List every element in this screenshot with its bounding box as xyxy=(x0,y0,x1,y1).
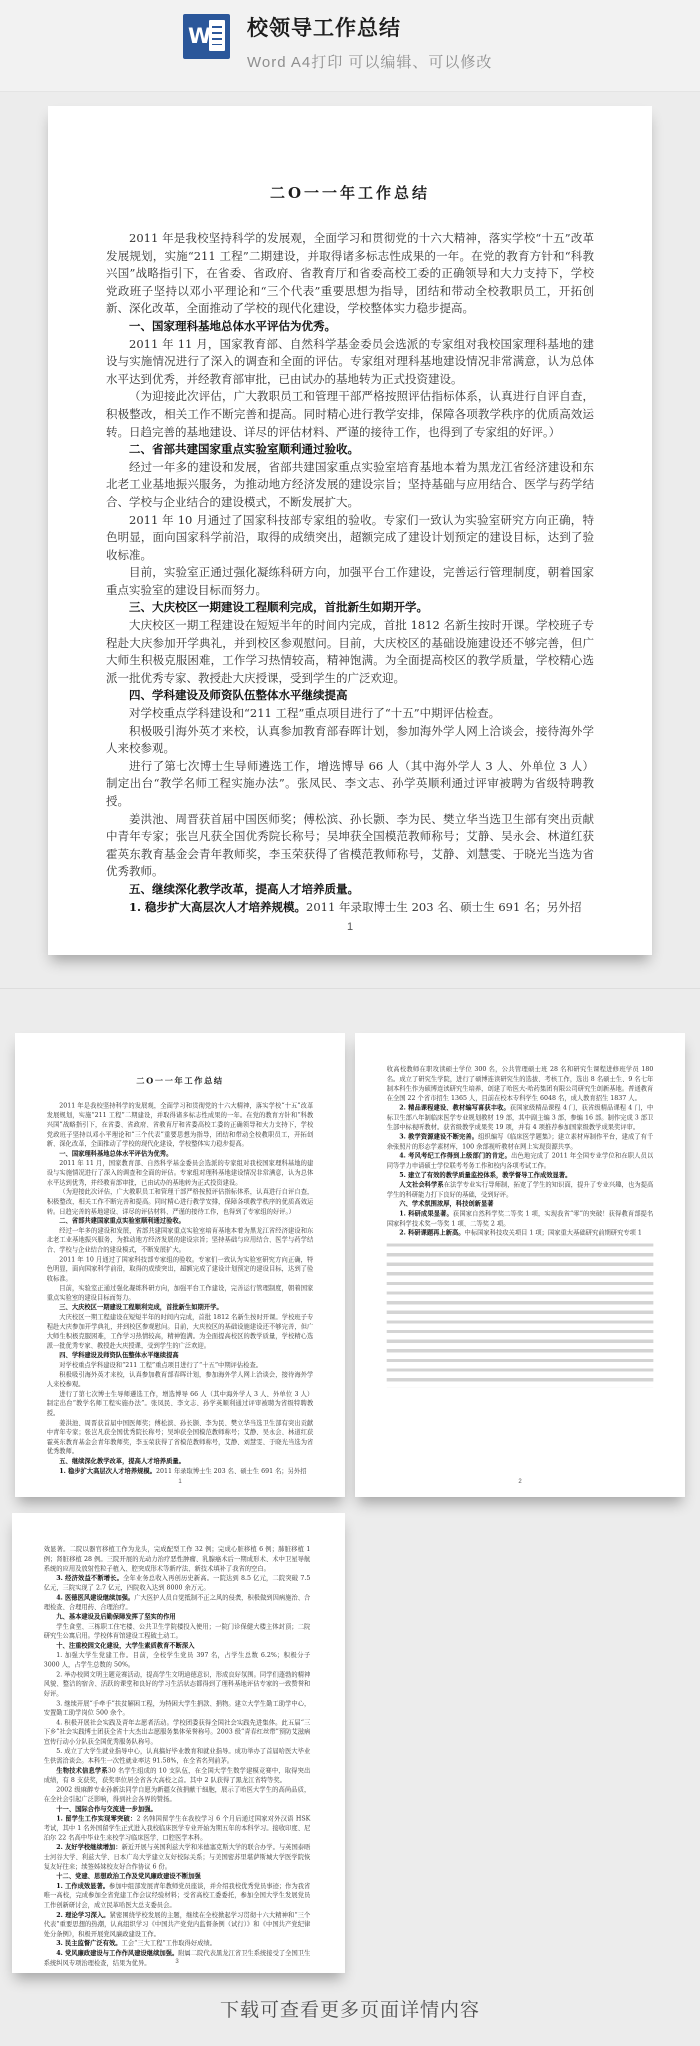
paragraph-rest: 工会“三大工程”工作取得好成绩。 xyxy=(122,1939,216,1947)
doc-paragraph: 5. 成立了大学生就业指导中心，认真搞好毕业教育和就业指导。成功举办了首届哈医大… xyxy=(44,1747,311,1766)
more-pages-hint: 下载可查看更多页面详情内容 xyxy=(0,1995,700,2022)
doc-paragraph: 大庆校区一期工程建设在短短半年的时间内完成，首批 1812 名新生按时开课。学校… xyxy=(47,1312,314,1350)
doc-paragraph: 经过一年多的建设和发展，省部共建国家重点实验室培育基地本着为黑龙江省经济建设和东… xyxy=(106,459,594,512)
paragraph-text: 三、大庆校区一期建设工程顺利完成，首批新生如期开学。 xyxy=(129,600,428,614)
doc-paragraph: 4. 考风考纪工作得到上级部门的肯定。出色地完成了 2011 年全国专业学位和在… xyxy=(387,1151,654,1170)
doc-paragraph: 2011 年 11 月，国家教育部、自然科学基金委员会选派的专家组对我校国家理科… xyxy=(106,336,594,389)
doc-paragraph: 进行了第七次博士生导师遴选工作，增选博导 66 人（其中海外学人 3 人、外单位… xyxy=(47,1389,314,1418)
doc-paragraph: 姜洪池、周晋获首届中国医师奖；傅松滨、孙长颢、李为民、樊立华当选卫生部有突出贡献… xyxy=(47,1418,314,1456)
doc-paragraph: 目前，实验室正通过强化凝练科研方向，加强平台工作建设，完善运行管理制度，朝着国家… xyxy=(47,1283,314,1302)
paragraph-text: 进行了第七次博士生导师遴选工作，增选博导 66 人（其中海外学人 3 人、外单位… xyxy=(106,759,594,808)
doc-paragraph: 对学校重点学科建设和“211 工程”重点项目进行了“十五”中期评估检查。 xyxy=(47,1360,314,1370)
doc-paragraph: 一、国家理科基地总体水平评估为优秀。 xyxy=(106,318,594,336)
doc-paragraph: 二、省部共建国家重点实验室顺利通过验收。 xyxy=(47,1216,314,1226)
doc-paragraph: （为迎接此次评估，广大教职员工和管理干部严格按照评估指标体系，认真进行自评自查，… xyxy=(47,1187,314,1216)
paragraph-text: 2011 年 10 月通过了国家科技部专家组的验收。专家们一致认为实验室研究方向… xyxy=(106,513,594,562)
paragraph-text: 经过一年多的建设和发展，省部共建国家重点实验室培育基地本着为黑龙江省经济建设和东… xyxy=(106,460,594,509)
paragraph-text: 五、继续深化教学改革，提高人才培养质量。 xyxy=(59,1457,185,1465)
paragraph-text: 1. 加强大学生党建工作。目前，全校学生党员 397 名，占学生总数 6.2%；… xyxy=(44,1651,311,1668)
doc-paragraph: 2. 精品课程建设、教材编写喜获丰收。获国家级精品课程 4 门，获省级精品课程 … xyxy=(387,1103,654,1132)
doc-paragraph: 4. 积极开展社会实践及青年志愿者活动。学校团委获得全国社会实践先进集体。此五届… xyxy=(44,1718,311,1747)
page-1-preview: 二O一一年工作总结 2011 年是我校坚持科学的发展观，全面学习和贯彻党的十六大… xyxy=(48,106,652,955)
doc-paragraph: 十一、国际合作与交流进一步加强。 xyxy=(44,1804,311,1814)
word-icon-letter: W xyxy=(188,24,211,48)
paragraph-text: 十、注重校园文化建设，大学生素质教育不断深入 xyxy=(56,1641,194,1649)
doc-paragraph: 五、继续深化教学改革，提高人才培养质量。 xyxy=(106,881,594,899)
paragraph-text: 大庆校区一期工程建设在短短半年的时间内完成，首批 1812 名新生按时开课。学校… xyxy=(106,618,594,685)
word-icon-page xyxy=(209,20,225,51)
doc-paragraph: 1. 工作成效显著。参加中组部发展青年教师党员座谈，并介绍我校优秀党员事迹；作为… xyxy=(44,1881,311,1910)
page-1-paragraphs: 2011 年是我校坚持科学的发展观，全面学习和贯彻党的十六大精神，落实学校“十五… xyxy=(106,230,594,916)
paragraph-lead: 3. 经济效益不断增长。 xyxy=(56,1574,123,1582)
word-icon-page-lines xyxy=(212,26,222,45)
paragraph-text: 积极吸引海外英才来校，认真参加教育部春晖计划，参加海外学人网上洽谈会，接待海外学… xyxy=(47,1370,314,1387)
paragraph-lead: 1. 稳步扩大高层次人才培养规模。 xyxy=(129,900,306,914)
paragraph-text: 收高校教师在职攻读硕士学位 300 名，公共管理硕士班 28 名和研究生课程进修… xyxy=(387,1065,654,1101)
doc-paragraph: 二、省部共建国家重点实验室顺利通过验收。 xyxy=(106,441,594,459)
doc-paragraph: 人文社会科学系在法学专业实行导师制，拓宽了学生的知识面，提升了专业兴趣，也为提高… xyxy=(387,1180,654,1199)
paragraph-text: 学生食堂、三栋职工住宅楼、公共卫生学院楼投入使用；一院门诊保健大楼主体封顶；二院… xyxy=(44,1622,311,1639)
paragraph-rest: 2011 年录取博士生 203 名、硕士生 691 名；另外招 xyxy=(306,900,581,914)
paragraph-lead: 2. 科研课题再上新高。 xyxy=(399,1229,464,1237)
doc-paragraph: 3. 民主监督广泛有效。工会“三大工程”工作取得好成绩。 xyxy=(44,1939,311,1949)
doc-paragraph: 效显著。二院以器官移植工作为龙头，完成配型工作 32 例；完成心脏移植 6 例；… xyxy=(44,1545,311,1574)
doc-paragraph: 3. 经济效益不断增长。全年业务总收入再创历史新高。一院达到 8.5 亿元，二院… xyxy=(44,1574,311,1593)
paragraph-text: 姜洪池、周晋获首届中国医师奖；傅松滨、孙长颢、李为民、樊立华当选卫生部有突出贡献… xyxy=(106,812,594,879)
page-3-paragraphs: 效显著。二院以器官移植工作为龙头，完成配型工作 32 例；完成心脏移植 6 例；… xyxy=(44,1545,311,1968)
paragraph-text: 2011 年 11 月，国家教育部、自然科学基金委员会选派的专家组对我校国家理科… xyxy=(106,337,594,386)
paragraph-text: 姜洪池、周晋获首届中国医师奖；傅松滨、孙长颢、李为民、樊立华当选卫生部有突出贡献… xyxy=(47,1419,314,1455)
doc-paragraph: 一、国家理科基地总体水平评估为优秀。 xyxy=(47,1149,314,1159)
doc-paragraph: 姜洪池、周晋获首届中国医师奖；傅松滨、孙长颢、李为民、樊立华当选卫生部有突出贡献… xyxy=(106,811,594,881)
doc-paragraph: 积极吸引海外英才来校，认真参加教育部春晖计划，参加海外学人网上洽谈会，接待海外学… xyxy=(47,1370,314,1389)
paragraph-text: 进行了第七次博士生导师遴选工作，增选博导 66 人（其中海外学人 3 人、外单位… xyxy=(47,1390,314,1417)
doc-paragraph: 2011 年是我校坚持科学的发展观，全面学习和贯彻党的十六大精神，落实学校“十五… xyxy=(106,230,594,318)
doc-paragraph: 4. 医德医风建设继续加强。广大医护人员自觉抵制不正之风的侵袭，积极做到因病施治… xyxy=(44,1593,311,1612)
paragraph-lead: 4. 医德医风建设继续加强。 xyxy=(56,1593,134,1601)
paragraph-text: 积极吸引海外英才来校，认真参加教育部春晖计划，参加海外学人网上洽谈会，接待海外学… xyxy=(106,724,594,756)
paragraph-lead: 4. 党风廉政建设与工作作风建设继续加强。 xyxy=(56,1949,178,1957)
paragraph-text: 3. 继续开展“手牵手”扶贫解困工程，为特困大学生捐款、捐物。建立大学生勤工助学… xyxy=(44,1699,311,1716)
doc-paragraph: 进行了第七次博士生导师遴选工作，增选博导 66 人（其中海外学人 3 人、外单位… xyxy=(106,758,594,811)
paragraph-lead: 3. 教学资源建设不断完善。 xyxy=(399,1133,478,1141)
doc-paragraph: 5. 建立了有效的教学质量监控体系，教学督导工作成效显著。 xyxy=(387,1170,654,1180)
paragraph-text: 九、基本建设及后勤保障发挥了坚实的作用 xyxy=(56,1613,175,1621)
doc-paragraph: 九、基本建设及后勤保障发挥了坚实的作用 xyxy=(44,1612,311,1622)
doc-paragraph: 2. 科研课题再上新高。中标国家科技攻关项目 1 项；国家重大基础研究前期研究专… xyxy=(387,1228,654,1238)
paragraph-text: 效显著。二院以器官移植工作为龙头，完成配型工作 32 例；完成心脏移植 6 例；… xyxy=(44,1545,311,1572)
paragraph-lead: 2. 理论学习深入。 xyxy=(56,1911,109,1919)
doc-paragraph: 2. 友好学校继续增加：新近开展与英国利兹大学和米德塞克斯大学的联合办学。与英国… xyxy=(44,1843,311,1872)
paragraph-text: 经过一年多的建设和发展，省部共建国家重点实验室培育基地本着为黑龙江省经济建设和东… xyxy=(47,1226,314,1253)
paragraph-lead: 2. 友好学校继续增加： xyxy=(56,1843,121,1851)
paragraph-text: 十一、国际合作与交流进一步加强。 xyxy=(56,1805,157,1813)
document-header: W 校领导工作总结 Word A4打印 可以编辑、可以修改 xyxy=(0,0,700,92)
page-subtitle: Word A4打印 可以编辑、可以修改 xyxy=(247,51,492,72)
doc-paragraph: 2002 级麻醉专业孙新法同学自愿为新疆女孩捐献干细胞，展示了哈医大学生的高尚品… xyxy=(44,1785,311,1804)
paragraph-lead: 4. 考风考纪工作得到上级部门的肯定。 xyxy=(399,1152,511,1160)
paragraph-lead: 人文社会科学系 xyxy=(399,1181,443,1189)
doc-paragraph: 对学校重点学科建设和“211 工程”重点项目进行了“十五”中期评估检查。 xyxy=(106,705,594,723)
page-1-thumb-paragraphs: 2011 年是我校坚持科学的发展观，全面学习和贯彻党的十六大精神，落实学校“十五… xyxy=(47,1101,314,1476)
page-title: 校领导工作总结 xyxy=(247,12,401,42)
paragraph-lead: 1. 稳步扩大高层次人才培养规模。 xyxy=(59,1467,156,1475)
paragraph-text: 2002 级麻醉专业孙新法同学自愿为新疆女孩捐献干细胞，展示了哈医大学生的高尚品… xyxy=(44,1786,311,1803)
page-number: 3 xyxy=(12,1958,342,1965)
paragraph-text: 四、学科建设及师资队伍整体水平继续提高 xyxy=(129,688,348,702)
paragraph-text: 2. 举办校园文明主题竞赛活动，提高学生文明道德意识，形成良好氛围。同学们蓬勃的… xyxy=(44,1670,311,1697)
doc-paragraph: 1. 稳步扩大高层次人才培养规模。2011 年录取博士生 203 名、硕士生 6… xyxy=(47,1466,314,1476)
paragraph-text: 对学校重点学科建设和“211 工程”重点项目进行了“十五”中期评估检查。 xyxy=(129,706,500,720)
doc-paragraph: 1. 留学生工作实现零突破：2 名韩国留学生在我校学习 6 个月后通过国家对外汉… xyxy=(44,1814,311,1843)
paragraph-text: 六、学术氛围浓厚，科技创新显著 xyxy=(399,1200,493,1208)
doc-paragraph: 目前，实验室正通过强化凝练科研方向，加强平台工作建设，完善运行管理制度，朝着国家… xyxy=(106,564,594,599)
paragraph-text: 十二、党建、思想政治工作及党风廉政建设不断加强 xyxy=(56,1872,201,1880)
doc-paragraph: 2. 举办校园文明主题竞赛活动，提高学生文明道德意识，形成良好氛围。同学们蓬勃的… xyxy=(44,1670,311,1699)
doc-paragraph: 四、学科建设及师资队伍整体水平继续提高 xyxy=(106,687,594,705)
doc-paragraph: 十二、党建、思想政治工作及党风廉政建设不断加强 xyxy=(44,1872,311,1882)
paragraph-lead: 1. 留学生工作实现零突破： xyxy=(56,1814,136,1822)
paragraph-text: 五、继续深化教学改革，提高人才培养质量。 xyxy=(129,882,359,896)
word-file-icon: W xyxy=(183,14,230,59)
page-2-paragraphs: 收高校教师在职攻读硕士学位 300 名，公共管理硕士班 28 名和研究生课程进修… xyxy=(387,1065,654,1238)
paragraph-text: 4. 积极开展社会实践及青年志愿者活动。学校团委获得全国社会实践先进集体。此五届… xyxy=(44,1718,311,1745)
page-2-thumbnail: 收高校教师在职攻读硕士学位 300 名，公共管理硕士班 28 名和研究生课程进修… xyxy=(355,1033,685,1497)
paragraph-text: 二、省部共建国家重点实验室顺利通过验收。 xyxy=(129,442,359,456)
page-number: 1 xyxy=(15,1478,345,1485)
paragraph-text: （为迎接此次评估，广大教职员工和管理干部严格按照评估指标体系，认真进行自评自查，… xyxy=(106,389,594,438)
paragraph-rest: 中标国家科技攻关项目 1 项；国家重大基础研究前期研究专项 1 xyxy=(465,1229,642,1237)
section-divider xyxy=(0,988,700,989)
paragraph-lead: 2. 精品课程建设、教材编写喜获丰收。 xyxy=(399,1104,510,1112)
paragraph-lead: 3. 民主监督广泛有效。 xyxy=(56,1939,121,1947)
doc-paragraph: 1. 加强大学生党建工作。目前，全校学生党员 397 名，占学生总数 6.2%；… xyxy=(44,1650,311,1669)
doc-paragraph: 三、大庆校区一期建设工程顺利完成，首批新生如期开学。 xyxy=(47,1303,314,1313)
doc-paragraph: 2011 年是我校坚持科学的发展观，全面学习和贯彻党的十六大精神，落实学校“十五… xyxy=(47,1101,314,1149)
paragraph-text: 2011 年 10 月通过了国家科技部专家组的验收。专家们一致认为实验室研究方向… xyxy=(47,1255,314,1282)
doc-paragraph: 十、注重校园文化建设，大学生素质教育不断深入 xyxy=(44,1641,311,1651)
paragraph-text: 2011 年是我校坚持科学的发展观，全面学习和贯彻党的十六大精神，落实学校“十五… xyxy=(47,1101,314,1147)
paragraph-text: 目前，实验室正通过强化凝练科研方向，加强平台工作建设，完善运行管理制度，朝着国家… xyxy=(47,1284,314,1301)
doc-paragraph: 2011 年 11 月，国家教育部、自然科学基金委员会选派的专家组对我校国家理科… xyxy=(47,1158,314,1187)
doc-title: 二O一一年工作总结 xyxy=(106,182,594,203)
doc-paragraph: 大庆校区一期工程建设在短短半年的时间内完成，首批 1812 名新生按时开课。学校… xyxy=(106,617,594,687)
illegible-text-region xyxy=(387,1243,654,1387)
paragraph-text: 2011 年是我校坚持科学的发展观，全面学习和贯彻党的十六大精神，落实学校“十五… xyxy=(106,231,594,315)
page-number: 1 xyxy=(48,921,652,933)
page-1-thumbnail: 二O一一年工作总结 2011 年是我校坚持科学的发展观，全面学习和贯彻党的十六大… xyxy=(15,1033,345,1497)
doc-paragraph: 四、学科建设及师资队伍整体水平继续提高 xyxy=(47,1351,314,1361)
doc-paragraph: （为迎接此次评估，广大教职员工和管理干部严格按照评估指标体系，认真进行自评自查，… xyxy=(106,388,594,441)
paragraph-text: 5. 建立了有效的教学质量监控体系，教学督导工作成效显著。 xyxy=(399,1171,571,1179)
paragraph-text: 大庆校区一期工程建设在短短半年的时间内完成，首批 1812 名新生按时开课。学校… xyxy=(47,1313,314,1349)
doc-paragraph: 3. 教学资源建设不断完善。组织编写《临床医学题集》；建立素材库制作平台，建成了… xyxy=(387,1132,654,1151)
doc-paragraph: 学生食堂、三栋职工住宅楼、公共卫生学院楼投入使用；一院门诊保健大楼主体封顶；二院… xyxy=(44,1622,311,1641)
paragraph-lead: 1. 科研成果显著。 xyxy=(399,1209,453,1217)
paragraph-text: 一、国家理科基地总体水平评估为优秀。 xyxy=(59,1149,172,1157)
paragraph-text: 一、国家理科基地总体水平评估为优秀。 xyxy=(129,319,336,333)
page-3-thumbnail: 效显著。二院以器官移植工作为龙头，完成配型工作 32 例；完成心脏移植 6 例；… xyxy=(12,1513,345,1973)
doc-paragraph: 收高校教师在职攻读硕士学位 300 名，公共管理硕士班 28 名和研究生课程进修… xyxy=(387,1065,654,1103)
doc-paragraph: 生物技术信息学系30 名学生组成的 10 支队伍，在全国大学生数学建模竞赛中，取… xyxy=(44,1766,311,1785)
paragraph-text: 2011 年 11 月，国家教育部、自然科学基金委员会选派的专家组对我校国家理科… xyxy=(47,1159,314,1186)
doc-paragraph: 1. 科研成果显著。获国家自然科学奖二等奖 1 项，实现我省“零”的突破！获得教… xyxy=(387,1209,654,1228)
paragraph-text: 三、大庆校区一期建设工程顺利完成，首批新生如期开学。 xyxy=(59,1303,222,1311)
paragraph-text: 四、学科建设及师资队伍整体水平继续提高 xyxy=(59,1351,178,1359)
doc-paragraph: 积极吸引海外英才来校，认真参加教育部春晖计划，参加海外学人网上洽谈会，接待海外学… xyxy=(106,723,594,758)
paragraph-lead: 1. 工作成效显著。 xyxy=(56,1882,109,1890)
paragraph-text: 二、省部共建国家重点实验室顺利通过验收。 xyxy=(59,1217,185,1225)
paragraph-lead: 生物技术信息学系 xyxy=(56,1766,108,1774)
paragraph-text: （为迎接此次评估，广大教职员工和管理干部严格按照评估指标体系，认真进行自评自查，… xyxy=(47,1188,314,1215)
paragraph-text: 目前，实验室正通过强化凝练科研方向，加强平台工作建设，完善运行管理制度，朝着国家… xyxy=(106,565,594,597)
doc-paragraph: 三、大庆校区一期建设工程顺利完成，首批新生如期开学。 xyxy=(106,599,594,617)
doc-paragraph: 2. 理论学习深入。紧密围绕学校发展的主题，继续在全校掀起学习贯彻十六大精神和“… xyxy=(44,1910,311,1939)
doc-paragraph: 3. 继续开展“手牵手”扶贫解困工程，为特困大学生捐款、捐物。建立大学生勤工助学… xyxy=(44,1699,311,1718)
page-number: 2 xyxy=(355,1478,685,1485)
doc-paragraph: 六、学术氛围浓厚，科技创新显著 xyxy=(387,1199,654,1209)
doc-paragraph: 1. 稳步扩大高层次人才培养规模。2011 年录取博士生 203 名、硕士生 6… xyxy=(106,899,594,917)
doc-paragraph: 2011 年 10 月通过了国家科技部专家组的验收。专家们一致认为实验室研究方向… xyxy=(106,512,594,565)
doc-title: 二O一一年工作总结 xyxy=(47,1075,314,1086)
doc-paragraph: 经过一年多的建设和发展，省部共建国家重点实验室培育基地本着为黑龙江省经济建设和东… xyxy=(47,1226,314,1255)
paragraph-rest: 2011 年录取博士生 203 名、硕士生 691 名；另外招 xyxy=(156,1467,307,1475)
doc-paragraph: 2011 年 10 月通过了国家科技部专家组的验收。专家们一致认为实验室研究方向… xyxy=(47,1255,314,1284)
paragraph-text: 对学校重点学科建设和“211 工程”重点项目进行了“十五”中期评估检查。 xyxy=(59,1361,262,1369)
doc-paragraph: 五、继续深化教学改革，提高人才培养质量。 xyxy=(47,1456,314,1466)
paragraph-text: 5. 成立了大学生就业指导中心，认真搞好毕业教育和就业指导。成功举办了首届哈医大… xyxy=(44,1747,311,1764)
